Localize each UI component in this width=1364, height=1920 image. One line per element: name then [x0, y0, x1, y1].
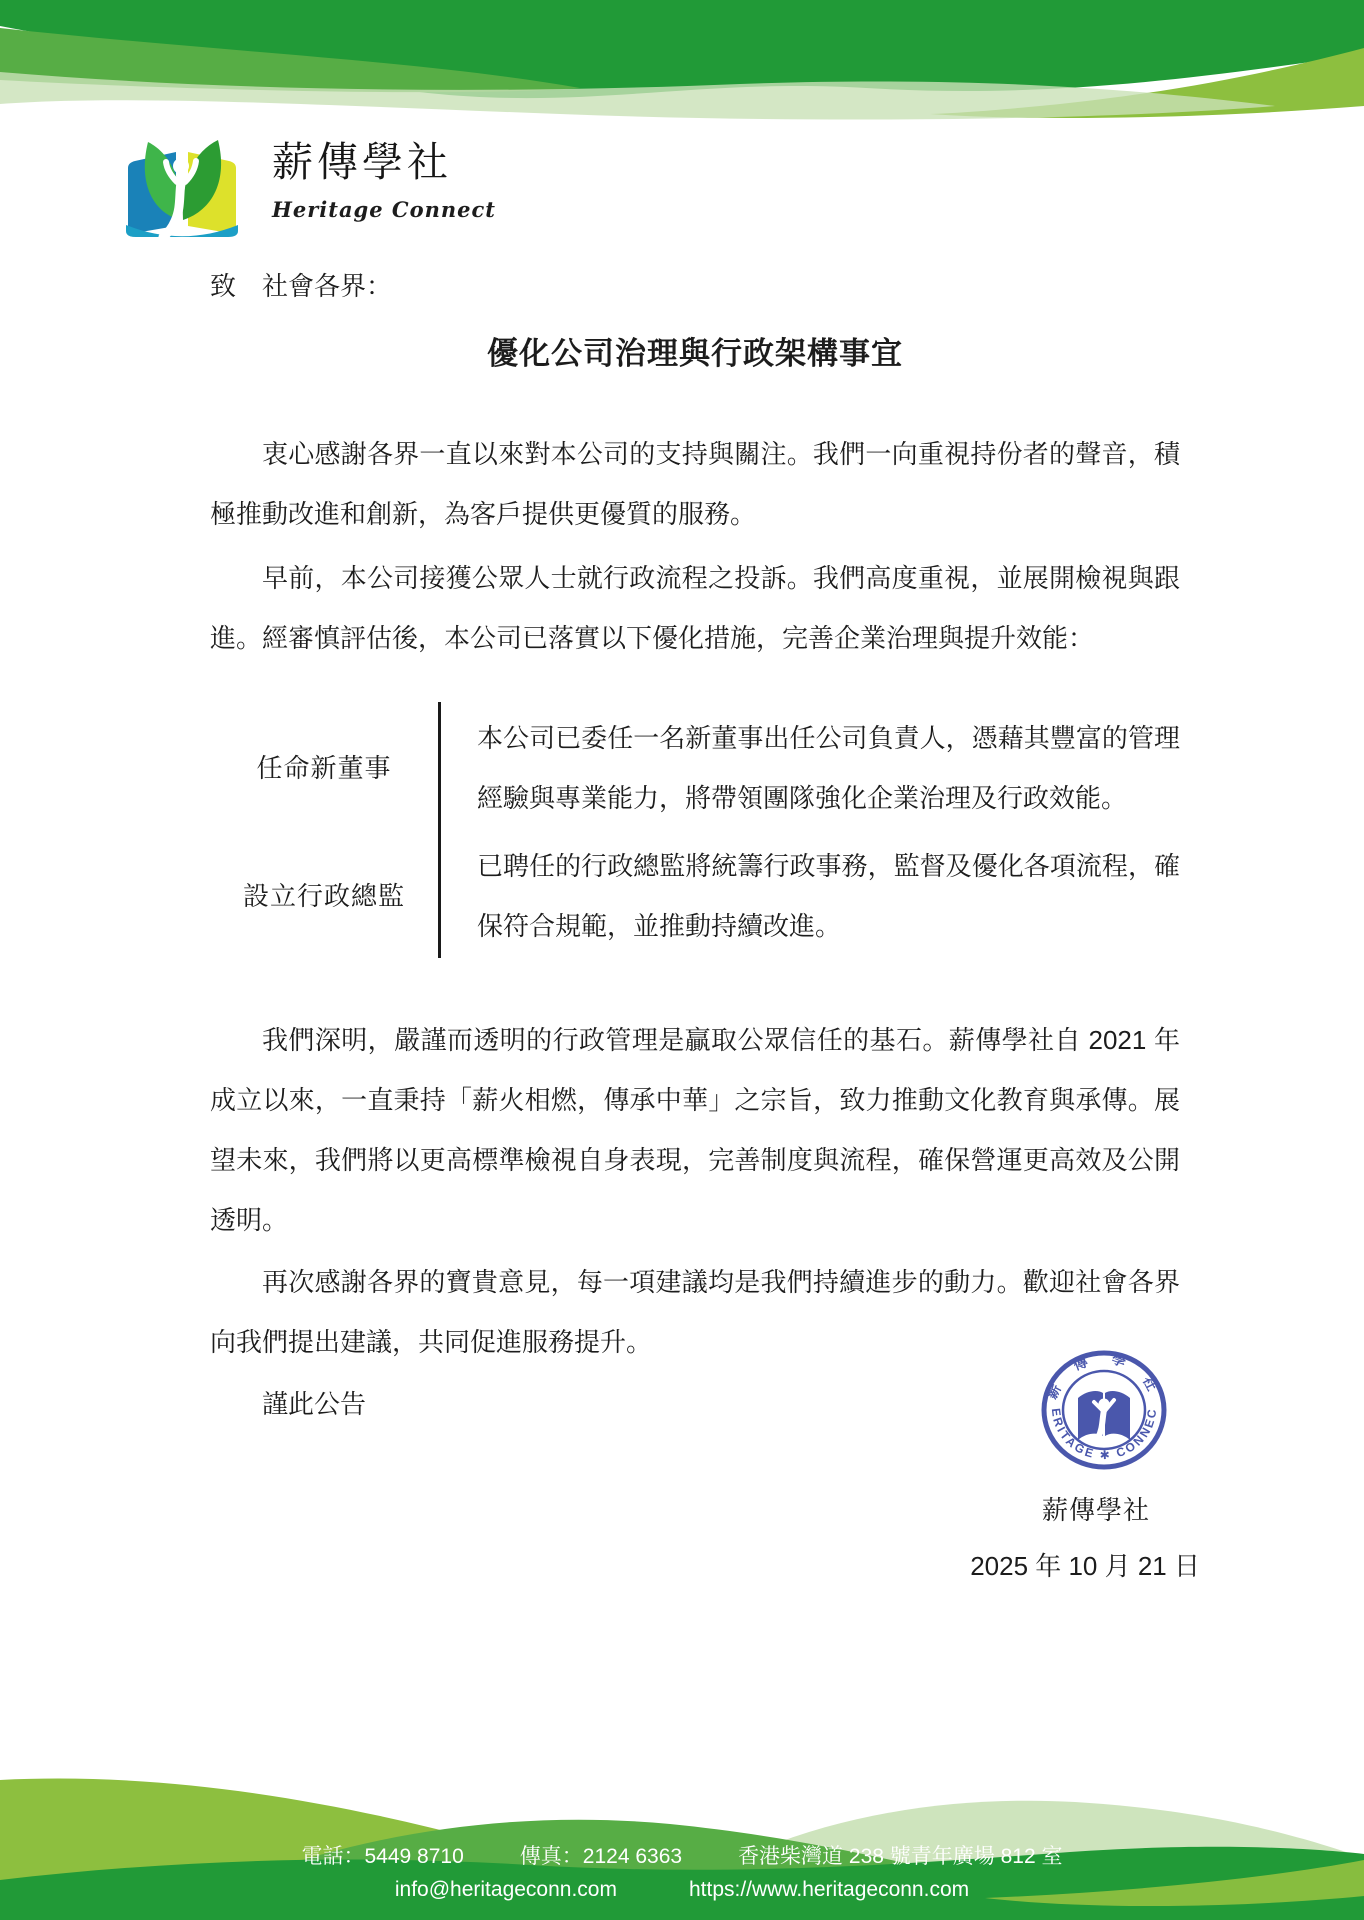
- org-logo: 薪傳學社 Heritage Connect: [118, 126, 496, 242]
- footer-website[interactable]: https://www.heritageconn.com: [689, 1878, 969, 1902]
- open-book-logo-icon: [118, 126, 246, 242]
- document-date: 2025 年 10 月 21 日: [970, 1546, 1200, 1583]
- org-name-block: 薪傳學社 Heritage Connect: [272, 126, 496, 222]
- measures-table: 任命新董事 設立行政總監 本公司已委任一名新董事出任公司負責人，憑藉其豐富的管理…: [210, 702, 1180, 958]
- organization-seal-stamp-icon: 薪 傳 學 社 HERITAGE ✱ CONNECT: [1040, 1350, 1168, 1472]
- paragraph-mission: 我們深明，嚴謹而透明的行政管理是贏取公眾信任的基石。薪傳學社自 2021 年成立…: [210, 1010, 1180, 1250]
- measure-label-admin-head: 設立行政總監: [210, 830, 438, 958]
- document-title: 優化公司治理與行政架構事宜: [210, 328, 1180, 373]
- signature-org-name: 薪傳學社: [1042, 1490, 1150, 1527]
- footer-fax: 傳真：2124 6363: [520, 1840, 682, 1870]
- footer-address: 香港柴灣道 238 號青年廣場 812 室: [738, 1840, 1062, 1870]
- paragraph-feedback: 再次感謝各界的寶貴意見，每一項建議均是我們持續進步的動力。歡迎社會各界向我們提出…: [210, 1252, 1180, 1372]
- paragraph-complaint: 早前，本公司接獲公眾人士就行政流程之投訴。我們高度重視，並展開檢視與跟進。經審慎…: [210, 548, 1180, 668]
- measure-label-director: 任命新董事: [210, 702, 438, 830]
- measures-label-column: 任命新董事 設立行政總監: [210, 702, 441, 958]
- footer-contact-line2: info@heritageconn.com https://www.herita…: [0, 1878, 1364, 1902]
- measure-desc-admin-head: 已聘任的行政總監將統籌行政事務，監督及優化各項流程，確保符合規範，並推動持續改進…: [441, 830, 1180, 958]
- footer-email[interactable]: info@heritageconn.com: [395, 1878, 617, 1902]
- org-name-en: Heritage Connect: [272, 197, 496, 222]
- stamp-arc-top-text: 薪 傳 學 社: [1043, 1350, 1164, 1401]
- salutation: 致 社會各界：: [210, 266, 392, 303]
- announcement-letter-page: 薪傳學社 Heritage Connect 致 社會各界： 優化公司治理與行政架…: [0, 0, 1364, 1920]
- measure-desc-director: 本公司已委任一名新董事出任公司負責人，憑藉其豐富的管理經驗與專業能力，將帶領團隊…: [441, 702, 1180, 830]
- org-name-zh: 薪傳學社: [272, 140, 496, 185]
- footer-contact-line1: 電話：5449 8710 傳真：2124 6363 香港柴灣道 238 號青年廣…: [0, 1840, 1364, 1870]
- svg-text:薪 傳 學 社: 薪 傳 學 社: [1043, 1350, 1164, 1401]
- footer-phone: 電話：5449 8710: [302, 1840, 464, 1870]
- paragraph-thanks: 衷心感謝各界一直以來對本公司的支持與關注。我們一向重視持份者的聲音，積極推動改進…: [210, 424, 1180, 544]
- closing-line: 謹此公告: [210, 1384, 366, 1421]
- header-wave-decoration: [0, 0, 1364, 122]
- measures-description-column: 本公司已委任一名新董事出任公司負責人，憑藉其豐富的管理經驗與專業能力，將帶領團隊…: [441, 702, 1180, 958]
